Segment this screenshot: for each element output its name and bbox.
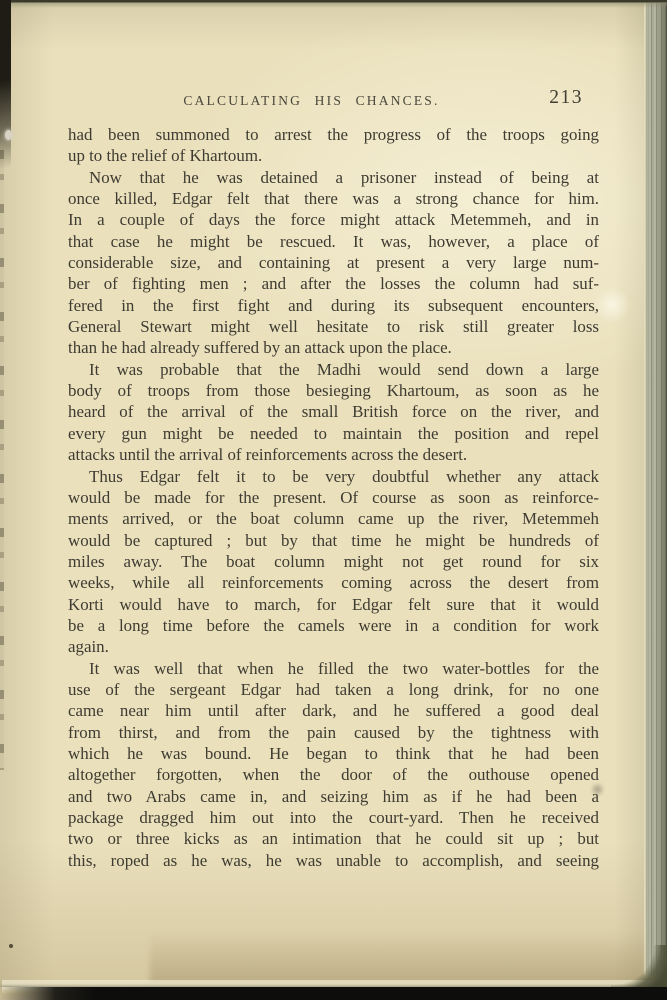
paper-speck — [9, 944, 13, 948]
text-line: from thirst, and from the pain caused by… — [68, 722, 599, 743]
printed-content: CALCULATING HIS CHANCES. 213 had been su… — [68, 90, 599, 871]
text-line: would be captured ; but by that time he … — [68, 530, 599, 551]
book-edge-top — [0, 0, 667, 8]
text-line: ments arrived, or the boat column came u… — [68, 508, 599, 529]
text-line: heard of the arrival of the small Britis… — [68, 401, 599, 422]
running-title: CALCULATING HIS CHANCES. — [183, 93, 439, 109]
text-line: up to the relief of Khartoum. — [68, 145, 599, 166]
book-edge-right — [644, 3, 667, 975]
text-line: ber of fighting men ; and after the loss… — [68, 273, 599, 294]
paragraph: Now that he was detained a prisoner inst… — [68, 167, 599, 359]
text-line: this, roped as he was, he was unable to … — [68, 850, 599, 871]
page-number: 213 — [549, 87, 583, 109]
text-line: It was well that when he filled the two … — [68, 658, 599, 679]
text-line: every gun might be needed to maintain th… — [68, 423, 599, 444]
text-line: again. — [68, 636, 599, 657]
text-line: Korti would have to march, for Edgar fel… — [68, 594, 599, 615]
text-line: attacks until the arrival of reinforceme… — [68, 444, 599, 465]
text-line: that case he might be rescued. It was, h… — [68, 231, 599, 252]
paragraph: Thus Edgar felt it to be very doubtful w… — [68, 466, 599, 658]
text-line: once killed, Edgar felt that there was a… — [68, 188, 599, 209]
book-cover-band-bottom — [0, 987, 667, 1000]
text-line: had been summoned to arrest the progress… — [68, 124, 599, 145]
text-line: two or three kicks as an intimation that… — [68, 828, 599, 849]
text-line: considerable size, and containing at pre… — [68, 252, 599, 273]
paragraph: It was well that when he filled the two … — [68, 658, 599, 871]
text-line: than he had already suffered by an attac… — [68, 337, 599, 358]
page-bottom-shadow — [150, 932, 645, 984]
text-line: and two Arabs came in, and seizing him a… — [68, 786, 599, 807]
text-line: package dragged him out into the court-y… — [68, 807, 599, 828]
text-line: altogether forgotten, when the door of t… — [68, 764, 599, 785]
text-line: Now that he was detained a prisoner inst… — [68, 167, 599, 188]
body-text: had been summoned to arrest the progress… — [68, 124, 599, 871]
bottom-right-corner-shadow — [611, 945, 667, 991]
paragraph: had been summoned to arrest the progress… — [68, 124, 599, 167]
text-line: fered in the first fight and during its … — [68, 295, 599, 316]
text-line: be a long time before the camels were in… — [68, 615, 599, 636]
book-page-scan: CALCULATING HIS CHANCES. 213 had been su… — [0, 0, 667, 1000]
text-line: General Stewart might well hesitate to r… — [68, 316, 599, 337]
paper-blemish-light-dot — [5, 130, 12, 140]
text-line: body of troops from those besieging Khar… — [68, 380, 599, 401]
text-line: miles away. The boat column might not ge… — [68, 551, 599, 572]
paper-light-spot — [594, 286, 630, 324]
text-line: weeks, while all reinforcements coming a… — [68, 572, 599, 593]
book-spine-marks-left — [0, 150, 4, 770]
running-header: CALCULATING HIS CHANCES. 213 — [68, 90, 599, 124]
paragraph: It was probable that the Madhi would sen… — [68, 359, 599, 466]
text-line: would be made for the present. Of course… — [68, 487, 599, 508]
text-line: Thus Edgar felt it to be very doubtful w… — [68, 466, 599, 487]
text-line: which he was bound. He began to think th… — [68, 743, 599, 764]
text-line: It was probable that the Madhi would sen… — [68, 359, 599, 380]
text-line: In a couple of days the force might atta… — [68, 209, 599, 230]
text-line: use of the sergeant Edgar had taken a lo… — [68, 679, 599, 700]
text-line: came near him until after dark, and he s… — [68, 700, 599, 721]
